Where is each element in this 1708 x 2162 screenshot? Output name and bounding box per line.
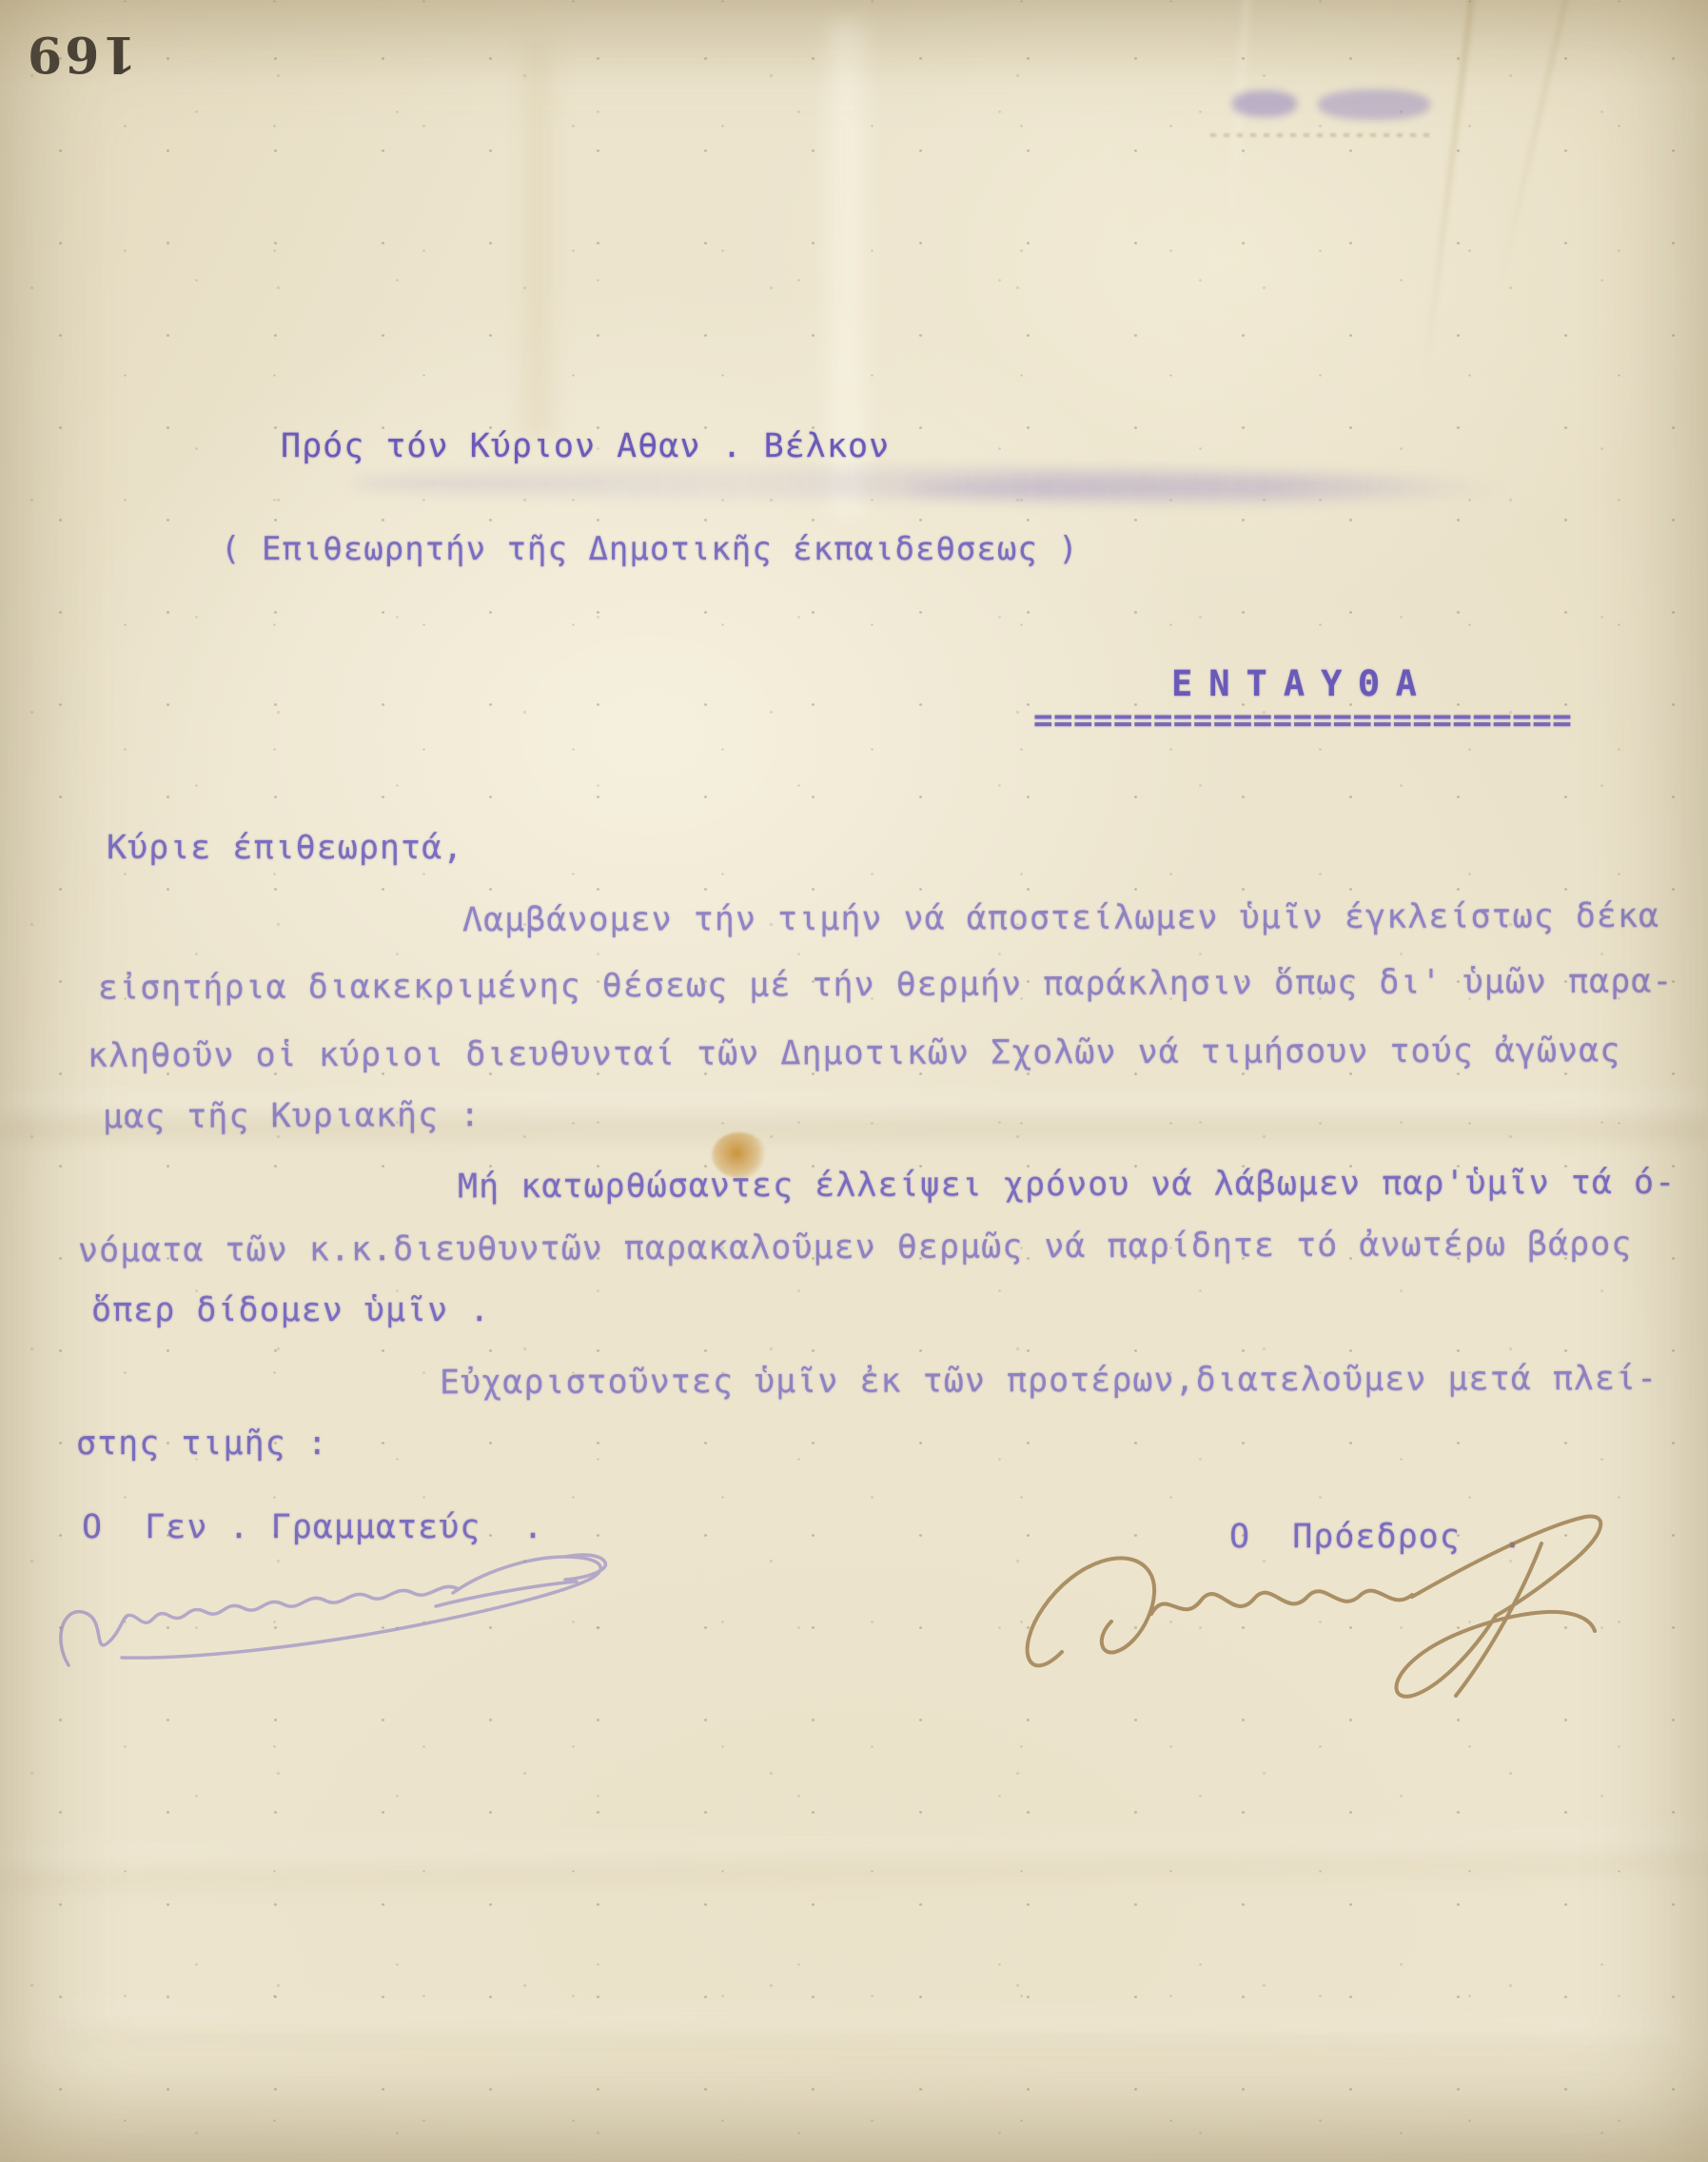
body-line: ὅπερ δίδομεν ὑμῖν . bbox=[91, 1294, 490, 1327]
paper-crease bbox=[1210, 133, 1429, 137]
body-line: στης τιμῆς : bbox=[76, 1427, 328, 1461]
body-line: νόματα τῶν κ.κ.διευθυντῶν παρακαλοῦμεν θ… bbox=[78, 1228, 1632, 1268]
ink-smudge bbox=[1318, 89, 1430, 120]
president-signature bbox=[1009, 1509, 1656, 1719]
ink-smudge bbox=[1232, 90, 1297, 117]
ink-offset-ghost bbox=[352, 468, 1475, 499]
body-line: Λαμβάνομεν τήν τιμήν νά άποστείλωμεν ὑμῖ… bbox=[462, 900, 1659, 937]
paper-crease bbox=[514, 38, 561, 438]
scanned-letter-page: 169 Πρός τόν Κύριον Αθαν . Βέλκον ( Επιθ… bbox=[0, 0, 1708, 2162]
location-heading-underline: =========================== bbox=[1033, 704, 1572, 737]
secretary-signature bbox=[55, 1515, 645, 1686]
body-line: μας τῆς Κυριακῆς : bbox=[103, 1099, 481, 1134]
location-heading: ΕΝΤΑΥΘΑ bbox=[1171, 666, 1433, 701]
body-line: εἰσητήρια διακεκριμένης θέσεως μέ τήν θε… bbox=[98, 965, 1674, 1005]
body-line: Μή κατωρθώσαντες έλλείψει χρόνου νά λάβω… bbox=[458, 1167, 1676, 1204]
ink-offset-ghost bbox=[904, 476, 1513, 502]
archive-number: 169 bbox=[25, 25, 137, 83]
paper-crease bbox=[0, 1833, 1708, 1889]
salutation: Κύριε έπιθεωρητά, bbox=[107, 832, 463, 865]
body-line: Εὐχαριστοῦντες ὑμῖν ἐκ τῶν προτέρων,διατ… bbox=[440, 1363, 1658, 1400]
paper-crease bbox=[1228, 0, 1249, 238]
paper-crease bbox=[57, 2011, 1675, 2059]
recipient-line: Πρός τόν Κύριον Αθαν . Βέλκον bbox=[281, 430, 890, 463]
paper-speckles bbox=[0, 0, 1708, 2162]
body-line: κληθοῦν οἱ κύριοι διευθυνταί τῶν Δημοτικ… bbox=[88, 1034, 1620, 1073]
page-vignette bbox=[0, 0, 1708, 2162]
recipient-title-line: ( Επιθεωρητήν τῆς Δημοτικῆς έκπαιδεθσεως… bbox=[221, 533, 1079, 565]
paper-crease bbox=[1497, 0, 1571, 291]
paper-crease bbox=[1422, 0, 1476, 389]
